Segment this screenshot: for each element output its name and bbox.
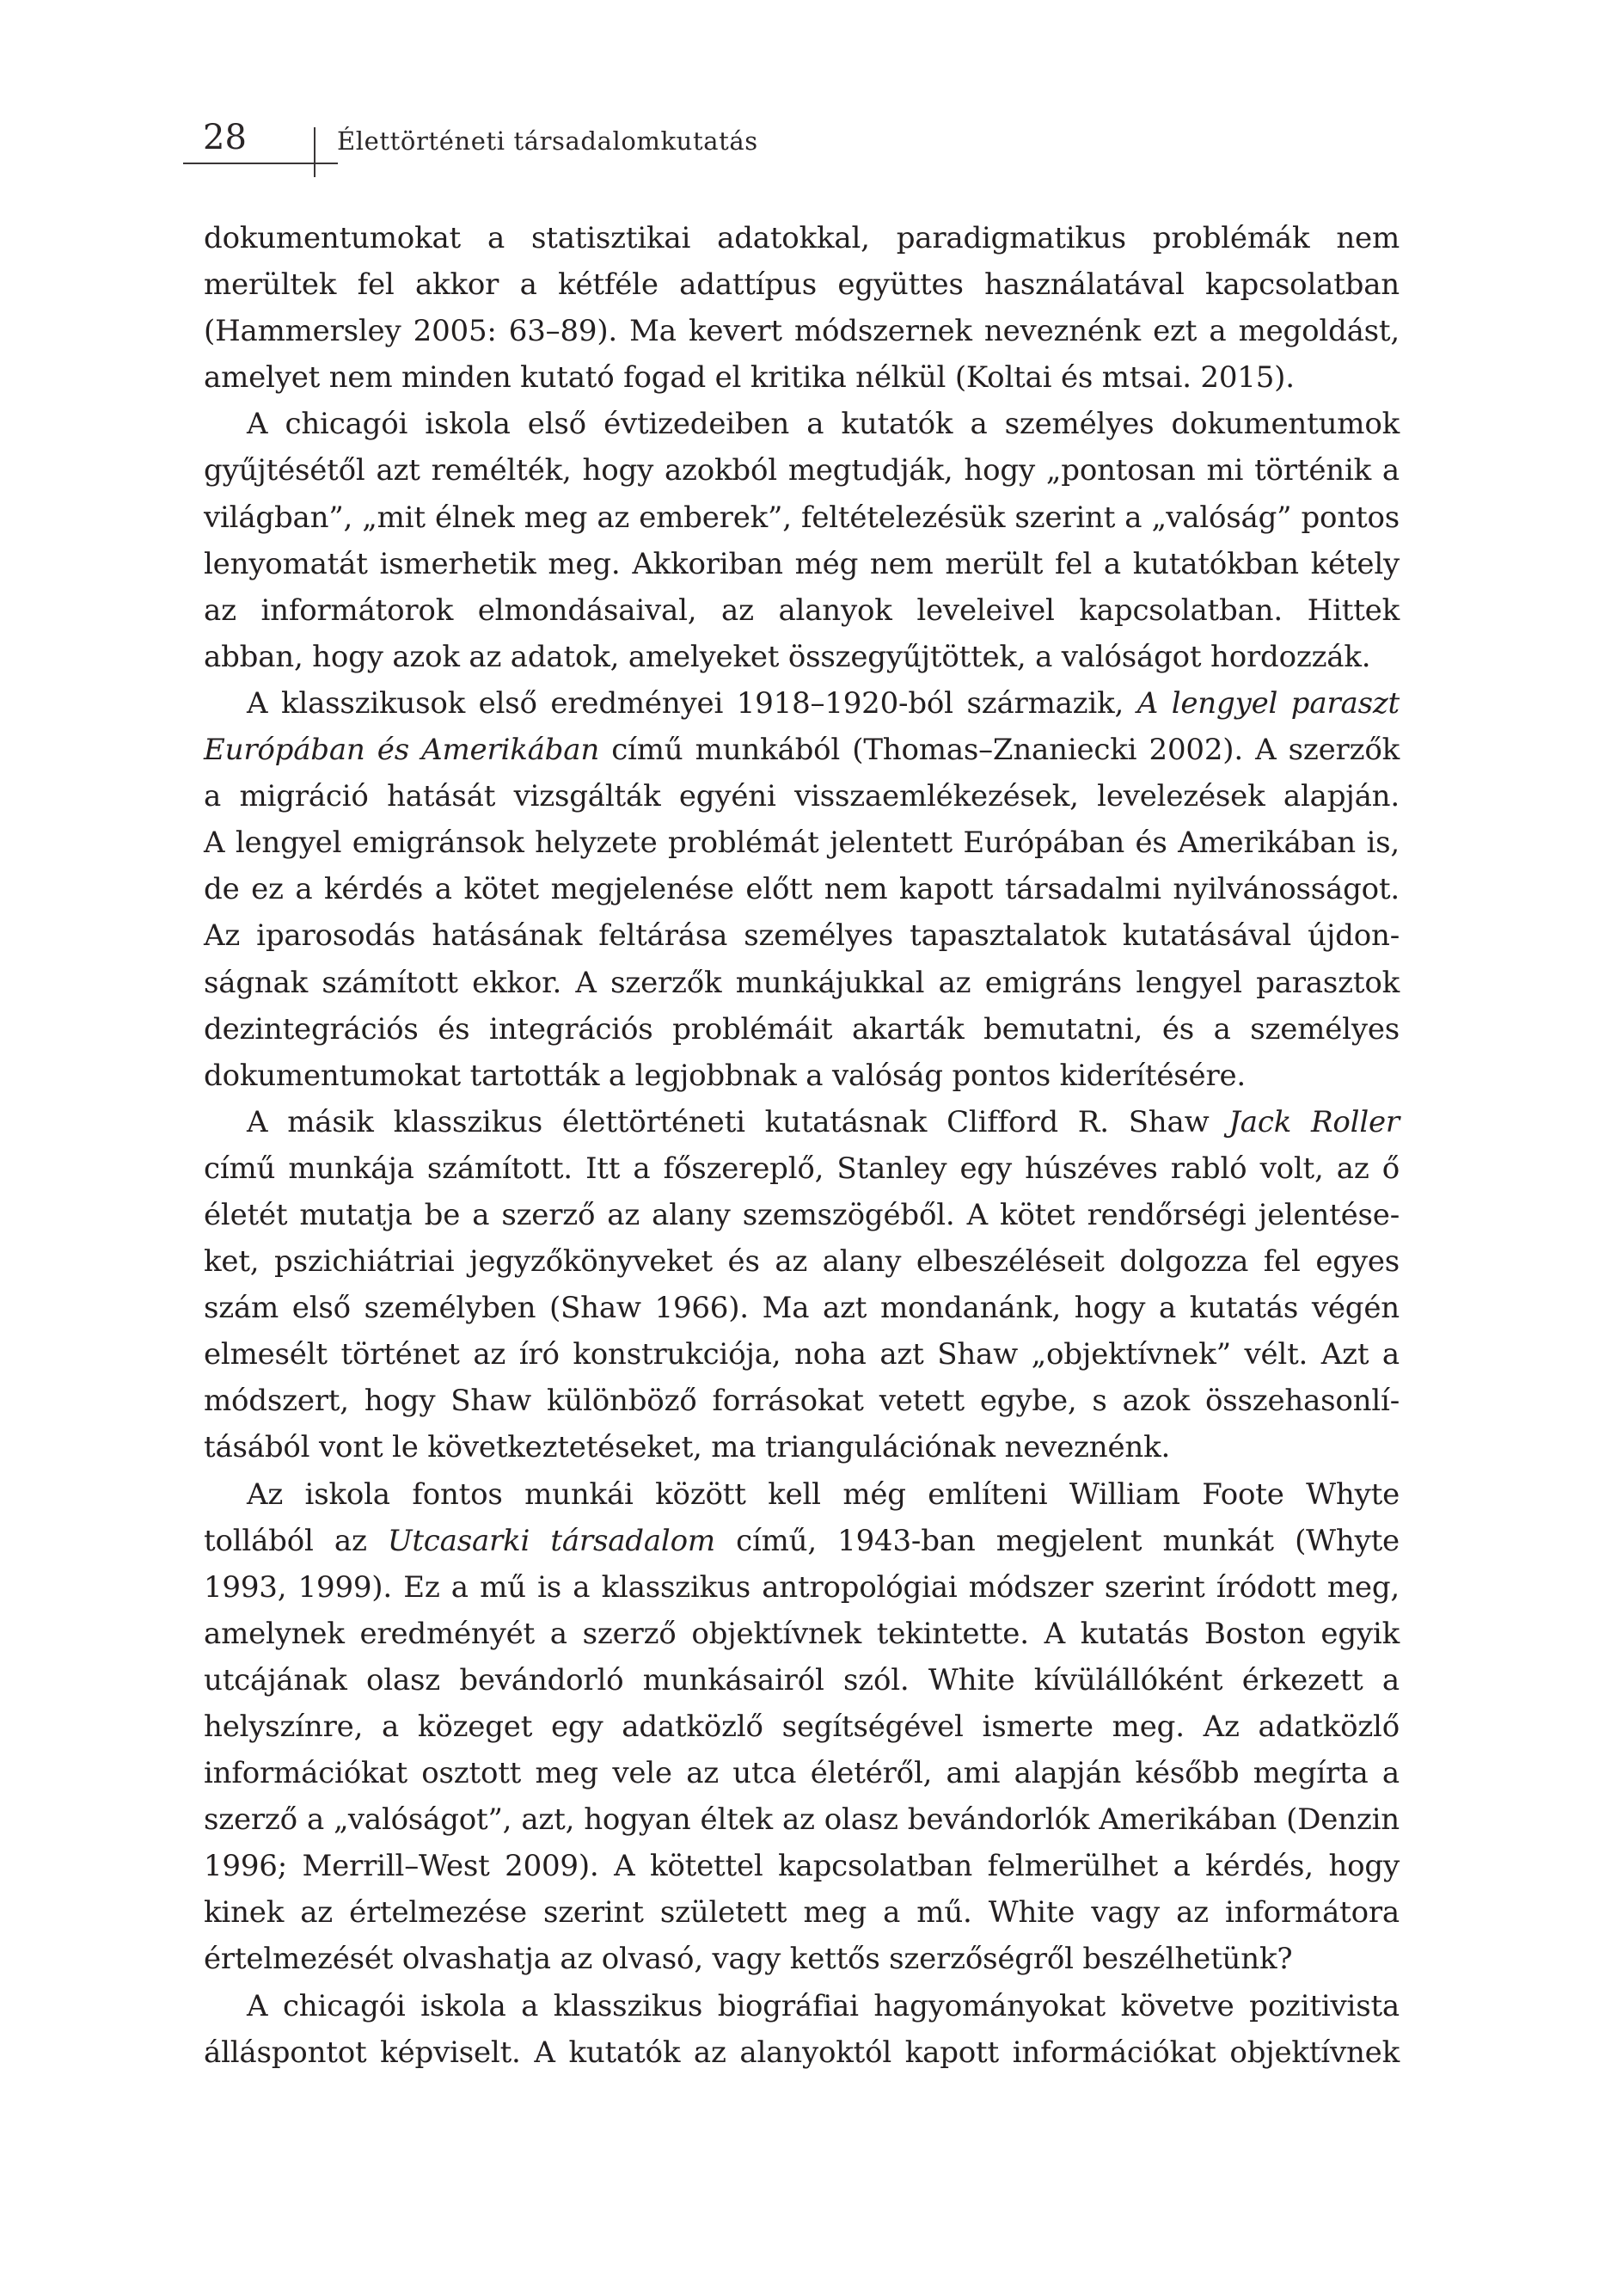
book-title-italic: Utcasarki társadalom [388, 1524, 715, 1558]
page-number: 28 [203, 117, 247, 158]
text-line: de ez a kérdés a kötet megjelenése előtt… [204, 866, 1400, 912]
text-run: tollából az [204, 1524, 388, 1558]
text-line: A klasszikusok első eredményei 1918–1920… [204, 680, 1400, 727]
text-line: A lengyel emigránsok helyzete problémát … [204, 820, 1400, 866]
text-line: amelyet nem minden kutató fogad el kriti… [204, 354, 1400, 401]
text-line: című munkája számított. Itt a főszereplő… [204, 1145, 1400, 1192]
text-line: lenyomatát ismerhetik meg. Akkoriban még… [204, 541, 1400, 587]
text-run: A másik klasszikus élettörténeti kutatás… [247, 1105, 1228, 1139]
text-line: 1996; Merrill–West 2009). A kötettel kap… [204, 1843, 1400, 1889]
text-line: információkat osztott meg vele az utca é… [204, 1750, 1400, 1796]
text-line: a migráció hatását vizsgálták egyéni vis… [204, 773, 1400, 820]
text-line: tollából az Utcasarki társadalom című, 1… [204, 1518, 1400, 1564]
body-text: dokumentumokat a statisztikai adatokkal,… [204, 215, 1400, 2076]
text-line: ságnak számított ekkor. A szerzők munkáj… [204, 960, 1400, 1006]
text-line: A másik klasszikus élettörténeti kutatás… [204, 1099, 1400, 1145]
text-line: 1993, 1999). Ez a mű is a klasszikus ant… [204, 1564, 1400, 1611]
book-title-italic: Jack Roller [1228, 1105, 1400, 1139]
text-line: gyűjtésétől azt remélték, hogy azokból m… [204, 447, 1400, 494]
text-line: az informátorok elmondásaival, az alanyo… [204, 587, 1400, 634]
text-line: abban, hogy azok az adatok, amelyeket ös… [204, 634, 1400, 680]
text-line: tásából vont le következtetéseket, ma tr… [204, 1424, 1400, 1470]
text-line: A chicagói iskola a klasszikus biográfia… [204, 1983, 1400, 2029]
text-line: Európában és Amerikában című munkából (T… [204, 727, 1400, 773]
text-line: A chicagói iskola első évtizedeiben a ku… [204, 401, 1400, 447]
text-line: kinek az értelmezése szerint született m… [204, 1889, 1400, 1936]
text-run: A klasszikusok első eredményei 1918–1920… [247, 686, 1137, 721]
text-line: merültek fel akkor a kétféle adattípus e… [204, 261, 1400, 308]
text-run: című, 1943-ban megjelent munkát (Whyte [715, 1524, 1400, 1558]
header-vertical-rule [314, 127, 315, 177]
text-line: helyszínre, a közeget egy adatközlő segí… [204, 1704, 1400, 1750]
text-line: szám első személyben (Shaw 1966). Ma azt… [204, 1285, 1400, 1331]
running-title: Élettörténeti társadalomkutatás [337, 126, 758, 157]
text-line: utcájának olasz bevándorló munkásairól s… [204, 1657, 1400, 1704]
text-run: című munkából (Thomas–Znaniecki 2002). A… [599, 733, 1400, 767]
text-line: (Hammersley 2005: 63–89). Ma kevert móds… [204, 308, 1400, 354]
text-line: Az iparosodás hatásának feltárása személ… [204, 912, 1400, 959]
text-line: dokumentumokat tartották a legjobbnak a … [204, 1053, 1400, 1099]
running-head: 28 Élettörténeti társadalomkutatás [0, 0, 1605, 189]
text-line: dezintegrációs és integrációs problémáit… [204, 1006, 1400, 1053]
text-line: szerző a „valóságot”, azt, hogyan éltek … [204, 1796, 1400, 1843]
text-line: elmesélt történet az író konstrukciója, … [204, 1331, 1400, 1378]
text-line: világban”, „mit élnek meg az emberek”, f… [204, 494, 1400, 541]
text-line: dokumentumokat a statisztikai adatokkal,… [204, 215, 1400, 261]
text-line: értelmezését olvashatja az olvasó, vagy … [204, 1936, 1400, 1982]
book-title-italic: Európában és Amerikában [204, 733, 599, 767]
text-line: álláspontot képviselt. A kutatók az alan… [204, 2029, 1400, 2076]
text-line: életét mutatja be a szerző az alany szem… [204, 1192, 1400, 1238]
text-line: Az iskola fontos munkái között kell még … [204, 1471, 1400, 1518]
text-line: ket, pszichiátriai jegyzőkönyveket és az… [204, 1238, 1400, 1285]
text-line: módszert, hogy Shaw különböző forrásokat… [204, 1378, 1400, 1424]
text-line: amelynek eredményét a szerző objektívnek… [204, 1611, 1400, 1657]
book-title-italic: A lengyel paraszt [1137, 686, 1400, 721]
